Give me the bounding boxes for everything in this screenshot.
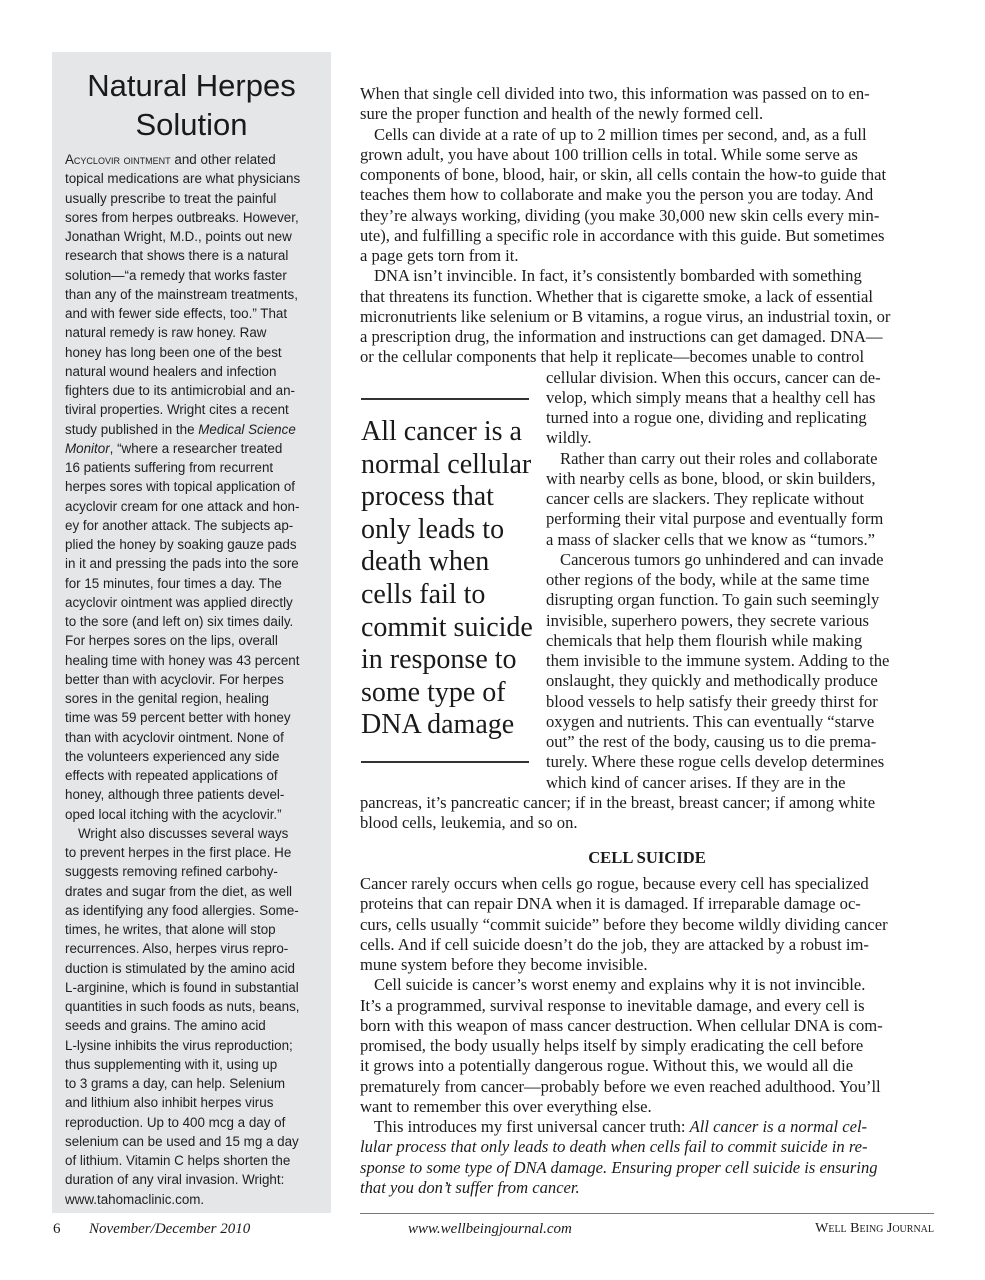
- journal-title-italic: Monitor: [65, 441, 110, 456]
- text-line: sure the proper function and health of t…: [360, 104, 763, 124]
- text-line: invisible, superhero powers, they secret…: [546, 611, 869, 631]
- text-line: a page gets torn from it.: [360, 246, 519, 266]
- sidebar-line: acyclovir ointment was applied directly: [65, 593, 293, 612]
- sidebar-line: duration of any viral invasion. Wright:: [65, 1170, 284, 1189]
- universal-truth-italic: lular process that only leads to death w…: [360, 1137, 868, 1157]
- sidebar-line: topical medications are what physicians: [65, 169, 300, 188]
- page-number: 6: [53, 1221, 61, 1238]
- text-line: components of bone, blood, hair, or skin…: [360, 165, 886, 185]
- sidebar-line: natural wound healers and infection: [65, 362, 276, 381]
- sidebar-line: 16 patients suffering from recurrent: [65, 458, 273, 477]
- sidebar-line: duction is stimulated by the amino acid: [65, 959, 295, 978]
- pull-quote-top-rule: [361, 398, 529, 400]
- text-line: or the cellular components that help it …: [360, 347, 864, 367]
- text-line: grown adult, you have about 100 trillion…: [360, 145, 858, 165]
- text-line: turely. Where these rogue cells develop …: [546, 752, 884, 772]
- text-line: turned into a rogue one, dividing and re…: [546, 408, 867, 428]
- sidebar-line: Jonathan Wright, M.D., points out new: [65, 227, 292, 246]
- universal-truth-italic: that you don’t suffer from cancer.: [360, 1178, 580, 1198]
- sidebar-line: sores from herpes outbreaks. However,: [65, 208, 299, 227]
- sidebar-line: times, he writes, that alone will stop: [65, 920, 276, 939]
- text-line: cells. And if cell suicide doesn’t do th…: [360, 935, 869, 955]
- footer-rule: [360, 1213, 934, 1214]
- sidebar-line: Wright also discusses several ways: [65, 824, 288, 843]
- sidebar-line: thus supplementing with it, using up: [65, 1055, 277, 1074]
- text-line: mune system before they become invisible…: [360, 955, 648, 975]
- sidebar-line: For herpes sores on the lips, overall: [65, 631, 278, 650]
- sidebar-line: fighters due to its antimicrobial and an…: [65, 381, 295, 400]
- text-line: cancer cells are slackers. They replicat…: [546, 489, 864, 509]
- pull-quote-line: some type of: [361, 677, 506, 710]
- sidebar-line: tiviral properties. Wright cites a recen…: [65, 400, 289, 419]
- sidebar-line: seeds and grains. The amino acid: [65, 1016, 266, 1035]
- section-heading: CELL SUICIDE: [360, 848, 934, 868]
- sidebar-line: quantities in such foods as nuts, beans,: [65, 997, 300, 1016]
- text-line: Cell suicide is cancer’s worst enemy and…: [360, 975, 865, 995]
- sidebar-line: solution—“a remedy that works faster: [65, 266, 287, 285]
- text-line: other regions of the body, while at the …: [546, 570, 869, 590]
- text-line: cellular division. When this occurs, can…: [546, 368, 881, 388]
- pull-quote-line: process that: [361, 481, 494, 514]
- text-line: ute), and fulfilling a specific role in …: [360, 226, 884, 246]
- text-line: a prescription drug, the information and…: [360, 327, 883, 347]
- sidebar-line: oped local itching with the acyclovir.”: [65, 805, 282, 824]
- sidebar-line: better than with acyclovir. For herpes: [65, 670, 284, 689]
- journal-title-italic: Medical Science: [198, 422, 296, 437]
- sidebar-title-line: Solution: [52, 105, 331, 144]
- text-line: chemicals that help them flourish while …: [546, 631, 862, 651]
- sidebar-title: Natural Herpes Solution: [52, 66, 331, 144]
- sidebar-line: usually prescribe to treat the painful: [65, 189, 276, 208]
- text-line: proteins that can repair DNA when it is …: [360, 894, 861, 914]
- universal-truth: This introduces my first universal cance…: [360, 1117, 867, 1137]
- text-line: they’re always working, dividing (you ma…: [360, 206, 879, 226]
- text-line: it grows into a potentially dangerous ro…: [360, 1056, 853, 1076]
- pull-quote-line: normal cellular: [361, 449, 531, 482]
- sidebar-line: effects with repeated applications of: [65, 766, 278, 785]
- text-line: Cancer rarely occurs when cells go rogue…: [360, 874, 869, 894]
- sidebar-line: ey for another attack. The subjects ap-: [65, 516, 293, 535]
- text-line: Cells can divide at a rate of up to 2 mi…: [360, 125, 867, 145]
- text-line: disrupting organ function. To gain such …: [546, 590, 879, 610]
- text-line: micronutrients like selenium or B vitami…: [360, 307, 890, 327]
- text-line: blood vessels to help satisfy their gree…: [546, 692, 878, 712]
- lead-in-smallcaps: Acyclovir ointment: [65, 152, 171, 167]
- sidebar-line: time was 59 percent better with honey: [65, 708, 291, 727]
- website-link[interactable]: www.wellbeingjournal.com: [408, 1221, 572, 1238]
- text-line: DNA isn’t invincible. In fact, it’s cons…: [360, 266, 862, 286]
- sidebar-line: herpes sores with topical application of: [65, 477, 295, 496]
- journal-name: Well Being Journal: [815, 1221, 934, 1237]
- sidebar-line: suggests removing refined carbohy-: [65, 862, 278, 881]
- text-line: them invisible to the immune system. Add…: [546, 651, 889, 671]
- sidebar-line: acyclovir cream for one attack and hon-: [65, 497, 299, 516]
- text-line: prematurely from cancer—probably before …: [360, 1077, 881, 1097]
- sidebar-line: honey has long been one of the best: [65, 343, 282, 362]
- text-line: velop, which simply means that a healthy…: [546, 388, 876, 408]
- sidebar-line: and with fewer side effects, too.” That: [65, 304, 287, 323]
- pull-quote-line: All cancer is a: [361, 416, 522, 449]
- sidebar-line: selenium can be used and 15 mg a day: [65, 1132, 299, 1151]
- sidebar-line: than any of the mainstream treatments,: [65, 285, 298, 304]
- pull-quote-line: cells fail to: [361, 579, 485, 612]
- text-line: onslaught, they quickly and methodically…: [546, 671, 878, 691]
- text-line: blood cells, leukemia, and so on.: [360, 813, 578, 833]
- text-line: that threatens its function. Whether tha…: [360, 287, 873, 307]
- pull-quote-line: only leads to: [361, 514, 504, 547]
- sidebar-line: the volunteers experienced any side: [65, 747, 279, 766]
- pull-quote-line: commit suicide: [361, 612, 533, 645]
- sidebar-line: to 3 grams a day, can help. Selenium: [65, 1074, 285, 1093]
- text-line: promised, the body usually helps itself …: [360, 1036, 863, 1056]
- sidebar-line: reproduction. Up to 400 mcg a day of: [65, 1113, 285, 1132]
- universal-truth-italic: All cancer is a normal cel-: [690, 1117, 867, 1136]
- sidebar-line: to prevent herpes in the first place. He: [65, 843, 291, 862]
- text-line: with nearby cells as bone, blood, or ski…: [546, 469, 876, 489]
- pull-quote-bottom-rule: [361, 761, 529, 763]
- sidebar-line: healing time with honey was 43 percent: [65, 651, 299, 670]
- sidebar-line: L-lysine inhibits the virus reproduction…: [65, 1036, 293, 1055]
- sidebar-url: www.tahomaclinic.com.: [65, 1190, 204, 1209]
- text-line: want to remember this over everything el…: [360, 1097, 652, 1117]
- sidebar-line: research that shows there is a natural: [65, 246, 288, 265]
- sidebar-line: drates and sugar from the diet, as well: [65, 882, 292, 901]
- text-line: which kind of cancer arises. If they are…: [546, 773, 845, 793]
- text-line: performing their vital purpose and event…: [546, 509, 883, 529]
- issue-date: November/December 2010: [89, 1221, 250, 1238]
- sidebar-line: for 15 minutes, four times a day. The: [65, 574, 282, 593]
- sidebar-line: and lithium also inhibit herpes virus: [65, 1093, 273, 1112]
- sidebar-line: in it and pressing the pads into the sor…: [65, 554, 299, 573]
- text-line: It’s a programmed, survival response to …: [360, 996, 865, 1016]
- sidebar-line: as identifying any food allergies. Some-: [65, 901, 299, 920]
- text-line: a mass of slacker cells that we know as …: [546, 530, 875, 550]
- text-line: wildly.: [546, 428, 591, 448]
- text-line: Cancerous tumors go unhindered and can i…: [546, 550, 883, 570]
- sidebar-title-line: Natural Herpes: [52, 66, 331, 105]
- text-line: curs, cells usually “commit suicide” bef…: [360, 915, 888, 935]
- text-line: When that single cell divided into two, …: [360, 84, 870, 104]
- text-line: born with this weapon of mass cancer des…: [360, 1016, 883, 1036]
- sidebar-line: Acyclovir ointment and other related: [65, 150, 276, 169]
- sidebar-line: L-arginine, which is found in substantia…: [65, 978, 299, 997]
- sidebar-line: to the sore (and left on) six times dail…: [65, 612, 293, 631]
- universal-truth-italic: sponse to some type of DNA damage. Ensur…: [360, 1158, 878, 1178]
- sidebar-line: plied the honey by soaking gauze pads: [65, 535, 297, 554]
- sidebar-line: than with acyclovir ointment. None of: [65, 728, 284, 747]
- sidebar-line: natural remedy is raw honey. Raw: [65, 323, 266, 342]
- sidebar-line: study published in the Medical Science: [65, 420, 296, 439]
- text-line: pancreas, it’s pancreatic cancer; if in …: [360, 793, 875, 813]
- pull-quote-line: in response to: [361, 644, 517, 677]
- text-line: teaches them how to collaborate and make…: [360, 185, 873, 205]
- pull-quote-line: DNA damage: [361, 709, 514, 742]
- sidebar-line: sores in the genital region, healing: [65, 689, 269, 708]
- sidebar-line: recurrences. Also, herpes virus repro-: [65, 939, 288, 958]
- text-line: out” the rest of the body, causing us to…: [546, 732, 876, 752]
- sidebar-line: of lithium. Vitamin C helps shorten the: [65, 1151, 290, 1170]
- text-line: oxygen and nutrients. This can eventuall…: [546, 712, 874, 732]
- sidebar-line: honey, although three patients devel-: [65, 785, 284, 804]
- text-line: Rather than carry out their roles and co…: [546, 449, 877, 469]
- sidebar-line: Monitor, “where a researcher treated: [65, 439, 282, 458]
- pull-quote-line: death when: [361, 546, 489, 579]
